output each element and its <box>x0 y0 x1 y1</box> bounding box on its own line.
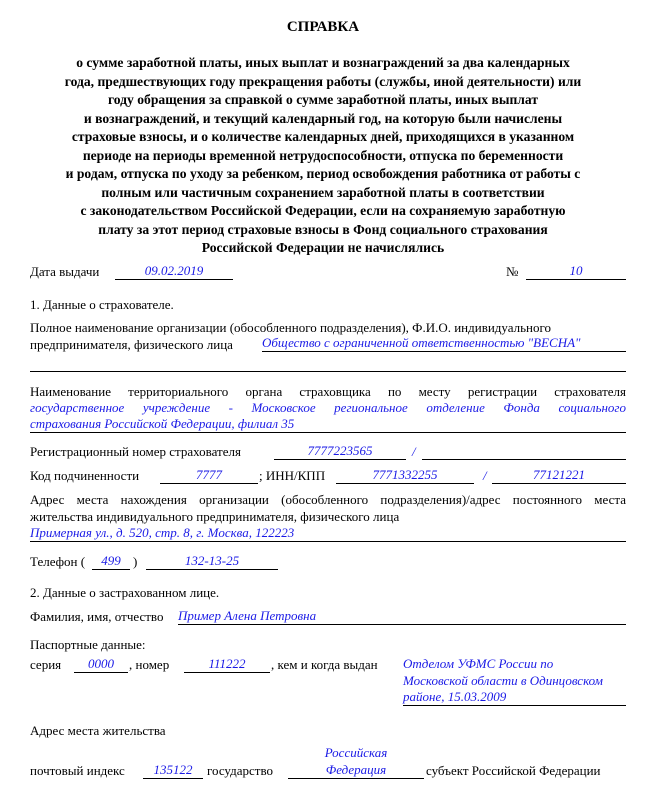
issued-label: , кем и когда выдан <box>271 657 378 673</box>
passport-label: Паспортные данные: <box>30 637 146 653</box>
section1-heading: 1. Данные о страхователе. <box>30 297 174 313</box>
reg-number-extra-field[interactable] <box>422 443 626 460</box>
document-subtitle: о сумме заработной платы, иных выплат и … <box>0 54 646 258</box>
inn-kpp-slash: / <box>483 468 487 484</box>
country-line1[interactable]: Российская <box>288 745 424 761</box>
insurer-line2[interactable]: страхования Российской Федерации, филиал… <box>30 416 294 432</box>
subtitle-line: страховые взносы, и о количестве календа… <box>0 128 646 147</box>
country-field[interactable]: Федерация <box>288 762 424 779</box>
org-name-extra-line <box>30 371 626 372</box>
sub-code-label: Код подчиненности <box>30 468 139 484</box>
postcode-label: почтовый индекс <box>30 763 125 779</box>
issued-line2[interactable]: Московской области в Одинцовском <box>403 673 603 689</box>
postcode-field[interactable]: 135122 <box>143 762 203 779</box>
number-label: № <box>506 264 518 280</box>
insurer-underline <box>30 432 626 433</box>
passport-number-label: , номер <box>129 657 169 673</box>
inn-field[interactable]: 7771332255 <box>336 467 474 484</box>
subtitle-line: и вознаграждений, и текущий календарный … <box>0 110 646 129</box>
section2-heading: 2. Данные о застрахованном лице. <box>30 585 219 601</box>
residence-label: Адрес места жительства <box>30 723 166 739</box>
org-name-label-line2: предпринимателя, физического лица <box>30 337 233 353</box>
address-label-line2: жительства индивидуального предпринимате… <box>30 509 399 525</box>
org-name-label-line1: Полное наименование организации (обособл… <box>30 320 551 336</box>
issue-date-field[interactable]: 09.02.2019 <box>115 263 233 280</box>
reg-number-field[interactable]: 7777223565 <box>274 443 406 460</box>
subtitle-line: года, предшествующих году прекращения ра… <box>0 73 646 92</box>
phone-close-paren: ) <box>133 554 137 570</box>
issue-date-label: Дата выдачи <box>30 264 99 280</box>
fio-field[interactable]: Пример Алена Петровна <box>178 608 626 625</box>
subtitle-line: и родам, отпуска по уходу за ребенком, п… <box>0 165 646 184</box>
series-label: серия <box>30 657 61 673</box>
passport-number-field[interactable]: 111222 <box>184 656 270 673</box>
kpp-field[interactable]: 77121221 <box>492 467 626 484</box>
reg-number-slash: / <box>412 444 416 460</box>
subtitle-line: о сумме заработной платы, иных выплат и … <box>0 54 646 73</box>
org-name-field[interactable]: Общество с ограниченной ответственностью… <box>262 335 626 352</box>
subtitle-line: полным или частичным сохранением заработ… <box>0 184 646 203</box>
subtitle-line: с законодательством Российской Федерации… <box>0 202 646 221</box>
insurer-label: Наименование территориального органа стр… <box>30 384 626 400</box>
issued-line1[interactable]: Отделом УФМС России по <box>403 656 553 672</box>
issued-line3[interactable]: районе, 15.03.2009 <box>403 689 626 706</box>
subtitle-line: году обращения за справкой о сумме зараб… <box>0 91 646 110</box>
address-label-line1: Адрес места нахождения организации (обос… <box>30 492 626 508</box>
phone-field[interactable]: 132-13-25 <box>146 553 278 570</box>
phone-label: Телефон ( <box>30 554 85 570</box>
country-label: государство <box>207 763 273 779</box>
subject-label: субъект Российской Федерации <box>426 763 601 779</box>
subtitle-line: Российской Федерации не начислялись <box>0 239 646 258</box>
reg-number-label: Регистрационный номер страхователя <box>30 444 241 460</box>
insurer-line1[interactable]: государственное учреждение - Московское … <box>30 400 626 416</box>
fio-label: Фамилия, имя, отчество <box>30 609 163 625</box>
subtitle-line: плату за этот период страховые взносы в … <box>0 221 646 240</box>
number-field[interactable]: 10 <box>526 263 626 280</box>
phone-code-field[interactable]: 499 <box>92 553 130 570</box>
document-title: СПРАВКА <box>0 19 646 36</box>
inn-kpp-label: ; ИНН/КПП <box>259 468 325 484</box>
subtitle-line: периоде на периоды временной нетрудоспос… <box>0 147 646 166</box>
address-field[interactable]: Примерная ул., д. 520, стр. 8, г. Москва… <box>30 525 626 542</box>
series-field[interactable]: 0000 <box>74 656 128 673</box>
sub-code-field[interactable]: 7777 <box>160 467 258 484</box>
